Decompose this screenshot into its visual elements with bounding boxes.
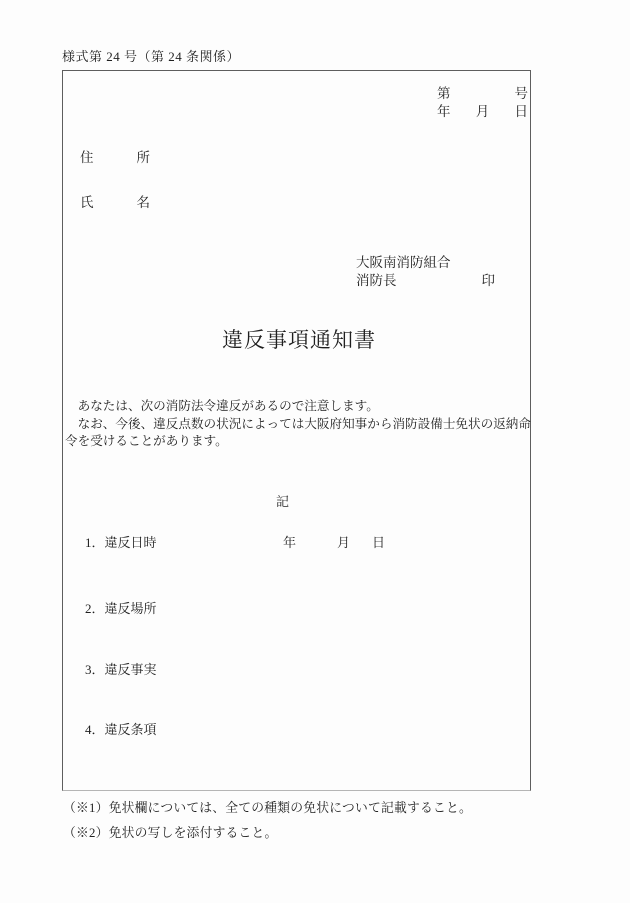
body-line-1: あなたは、次の消防法令違反があるので注意します。	[65, 398, 533, 416]
recipient-address-label: 住 所	[80, 146, 150, 166]
violation-notice-page: 様式第 24 号（第 24 条関係） 第 号 年 月 日 住 所 氏 名 大阪南…	[0, 0, 630, 903]
body-line-3: 令を受けることがあります。	[65, 433, 533, 451]
notice-body-text: あなたは、次の消防法令違反があるので注意します。 なお、今後、違反点数の状況によ…	[65, 398, 533, 451]
issue-date-line: 年 月 日	[437, 100, 528, 120]
issuer-organization: 大阪南消防組合	[356, 251, 451, 271]
body-line-2: なお、今後、違反点数の状況によっては大阪府知事から消防設備士免状の返納命	[65, 416, 533, 434]
item-violation-datetime: 1．違反日時	[85, 532, 157, 551]
seal-mark: 印	[482, 269, 496, 289]
document-number-line: 第 号	[437, 82, 528, 102]
document-title: 違反事項通知書	[222, 324, 376, 354]
date-day-label: 日	[515, 100, 529, 120]
issuer-title: 消防長	[356, 269, 397, 289]
issuer-title-line: 消防長 印	[356, 269, 495, 289]
name-char-2: 名	[137, 191, 151, 211]
recipient-name-label: 氏 名	[80, 191, 150, 211]
item-violation-place: 2．違反場所	[85, 598, 157, 617]
item1-day-label: 日	[372, 532, 385, 551]
footnote-2: （※2）免状の写しを添付すること。	[63, 822, 278, 841]
doc-number-prefix: 第	[437, 82, 451, 102]
item1-month-label: 月	[337, 532, 350, 551]
address-char-2: 所	[137, 146, 151, 166]
name-char-1: 氏	[80, 191, 94, 211]
ki-heading: 記	[276, 491, 289, 510]
item-violation-fact: 3．違反事実	[85, 659, 157, 678]
form-number-label: 様式第 24 号（第 24 条関係）	[62, 46, 240, 65]
footnote-1: （※1）免状欄については、全ての種類の免状について記載すること。	[63, 797, 472, 816]
address-char-1: 住	[80, 146, 94, 166]
doc-number-suffix: 号	[515, 82, 529, 102]
item1-year-label: 年	[283, 532, 296, 551]
date-year-label: 年	[437, 100, 451, 120]
date-month-label: 月	[476, 100, 490, 120]
item-violation-clause: 4．違反条項	[85, 719, 157, 738]
